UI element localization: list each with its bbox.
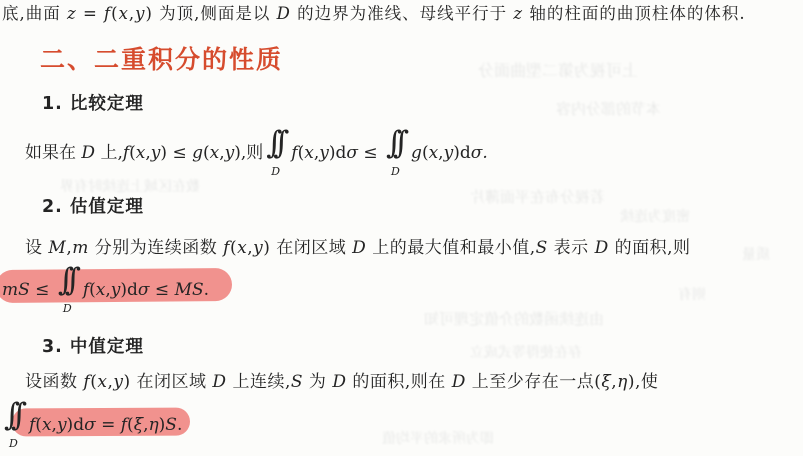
theorem3-formula: ∫∫Df(x,y)dσ = f(ξ,η)S. [1, 411, 182, 441]
bleed-through-ink: 质量 [742, 244, 770, 264]
bleed-through-ink: 上可视为第二型曲面分 [478, 58, 638, 81]
paragraph-intro-continuation: 底,曲面 z = f(x,y) 为顶,侧面是以 D 的边界为准线、母线平行于 z… [2, 4, 746, 25]
theorem3-title: 3. 中值定理 [42, 337, 144, 359]
bleed-through-ink: 若视分布在平面薄片 [470, 186, 605, 207]
theorem3-statement: 设函数 f(x,y) 在闭区域 D 上连续,S 为 D 的面积,则在 D 上至少… [25, 372, 658, 393]
double-integral-icon: ∫∫D [386, 139, 407, 169]
bleed-through-ink: 由连续函数的介值定理可知 [424, 308, 604, 329]
theorem1-title: 1. 比较定理 [42, 94, 144, 116]
double-integral-icon: ∫∫D [4, 411, 25, 441]
bleed-through-ink: 本节的部分内容 [556, 98, 661, 119]
bleed-through-ink: 即为所求的平均值 [382, 428, 494, 448]
theorem2-title: 2. 估值定理 [42, 197, 144, 219]
double-integral-icon: ∫∫D [58, 276, 79, 306]
bleed-through-ink: 密度为连续 [620, 206, 690, 226]
theorem2-statement: 设 M,m 分别为连续函数 f(x,y) 在闭区域 D 上的最大值和最小值,S … [25, 238, 691, 259]
theorem1-statement: 如果在 D 上,f(x,y) ≤ g(x,y),则∫∫Df(x,y)dσ ≤ ∫… [25, 139, 488, 169]
bleed-through-ink: 数在区域上连续时有界 [60, 176, 200, 196]
textbook-page: 上可视为第二型曲面分本节的部分内容数在区域上连续时有界若视分布在平面薄片密度为连… [0, 0, 803, 456]
bleed-through-ink: 存在使得等式成立 [470, 342, 582, 362]
theorem2-formula: mS ≤ ∫∫Df(x,y)dσ ≤ MS. [2, 276, 209, 306]
double-integral-icon: ∫∫D [266, 139, 287, 169]
bleed-through-ink: 则有 [678, 284, 706, 304]
section-heading: 二、二重积分的性质 [40, 44, 283, 75]
